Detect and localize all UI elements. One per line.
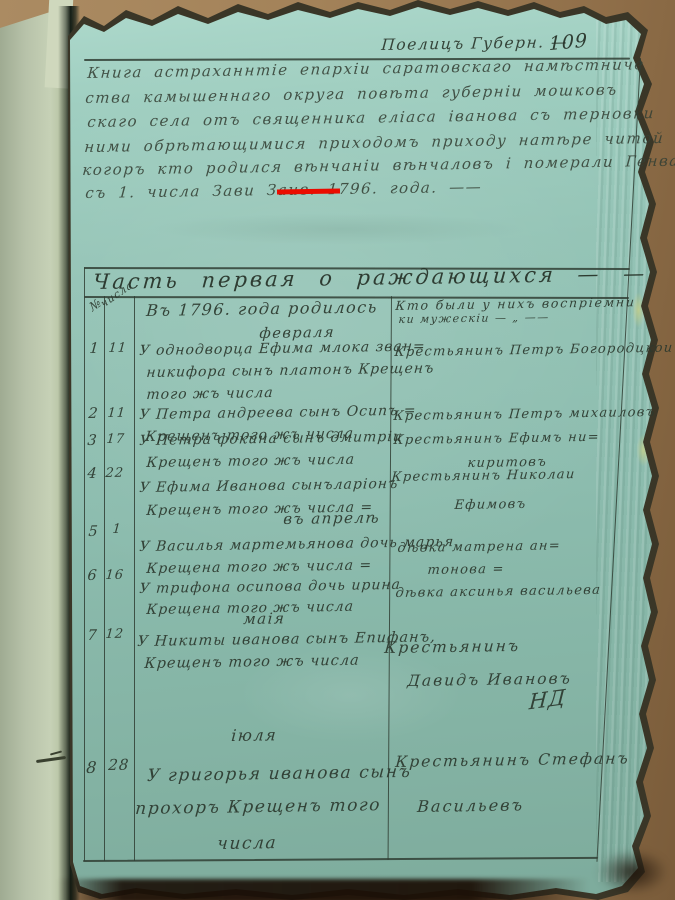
top-note: Поелицъ Губерн. — [381, 33, 569, 54]
row-1-day: 11 [108, 341, 128, 356]
row-7-day: 12 [105, 627, 125, 642]
month-header-april: въ апрелѣ [283, 508, 381, 528]
row-7-text-line: Крещенъ того жъ числа [144, 653, 360, 672]
row-5-number: 5 [88, 524, 99, 540]
row-8-text-line: У григорья иванова сынъ [147, 762, 413, 786]
row-3-day: 17 [106, 432, 126, 447]
row-2-number: 2 [88, 406, 99, 422]
row-5-godparent-line: тонова = [427, 562, 505, 578]
row-6-day: 16 [105, 568, 125, 583]
row-5-godparent-line: дѣвка матрена ан= [397, 538, 562, 556]
month-header-july: іюля [231, 725, 278, 745]
row-4-godparent-line: Крестьянинъ Николаи [391, 467, 576, 485]
row-4-day: 22 [105, 466, 125, 481]
column-header-main: Въ 1796. года родилось [146, 297, 379, 320]
row-7-number: 7 [87, 628, 98, 644]
row-8-text-line: прохоръ Крещенъ того [135, 795, 382, 819]
corner-shadow [585, 842, 675, 900]
row-8-day: 28 [108, 756, 130, 774]
row-1-number: 1 [89, 341, 100, 357]
row-3-text-line: Крещенъ того жъ числа [146, 452, 356, 471]
row-8-text-line: числа [217, 833, 278, 854]
row-6-number: 6 [87, 568, 98, 584]
row-2-day: 11 [107, 406, 127, 421]
row-8-godparent-line: Крестьянинъ Стефанъ [395, 749, 631, 771]
photo-of-metric-book-page: Поелицъ Губерн. — 109 Книга астраханнтіе… [0, 0, 675, 900]
row-5-day: 1 [112, 522, 122, 537]
month-header-may: маія [243, 609, 286, 628]
page-number: 109 [549, 30, 589, 56]
row-8-number: 8 [86, 758, 99, 777]
paper-stain [90, 208, 590, 250]
column-header-godparents-2: ки мужескіи — „ —— [398, 311, 550, 326]
row-4-number: 4 [87, 466, 98, 482]
book-bottom-shadow [58, 879, 588, 900]
row-1-text-line: того жъ числа [146, 385, 274, 403]
row-8-godparent-line: Васильевъ [417, 795, 525, 816]
row-7-godparent-line: Крестьянинъ [384, 637, 521, 657]
row-3-number: 3 [87, 433, 98, 449]
row-4-godparent-line: Ефимовъ [454, 497, 527, 513]
